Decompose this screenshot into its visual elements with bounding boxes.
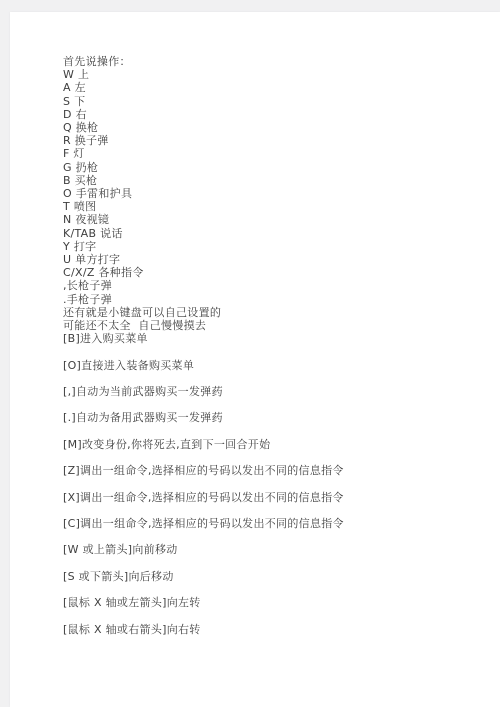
text-line <box>63 425 488 438</box>
text-line: A 左 <box>63 81 488 94</box>
text-line: [鼠标 X 轴或左箭头]向左转 <box>63 596 488 609</box>
text-line <box>63 583 488 596</box>
text-line: S 下 <box>63 95 488 108</box>
text-line: [O]直接进入装备购买菜单 <box>63 359 488 372</box>
text-line: D 右 <box>63 108 488 121</box>
text-line <box>63 398 488 411</box>
text-line <box>63 372 488 385</box>
text-line <box>63 530 488 543</box>
text-line <box>63 557 488 570</box>
text-line: [W 或上箭头]向前移动 <box>63 543 488 556</box>
text-line <box>63 477 488 490</box>
text-line: [C]调出一组命令,选择相应的号码以发出不同的信息指令 <box>63 517 488 530</box>
text-line: N 夜视镜 <box>63 213 488 226</box>
text-line: Y 打字 <box>63 240 488 253</box>
text-line: Q 换枪 <box>63 121 488 134</box>
document-body: 首先说操作：W 上A 左S 下D 右Q 换枪R 换子弹F 灯G 扔枪B 买枪O … <box>63 55 488 636</box>
text-line: C/X/Z 各种指令 <box>63 266 488 279</box>
text-line: R 换子弹 <box>63 134 488 147</box>
text-line: 还有就是小键盘可以自己设置的 <box>63 306 488 319</box>
text-line: W 上 <box>63 68 488 81</box>
text-line: [Z]调出一组命令,选择相应的号码以发出不同的信息指令 <box>63 464 488 477</box>
text-line: T 喷图 <box>63 200 488 213</box>
text-line: O 手雷和护具 <box>63 187 488 200</box>
text-line: [M]改变身份,你将死去,直到下一回合开始 <box>63 438 488 451</box>
text-line: [S 或下箭头]向后移动 <box>63 570 488 583</box>
text-line: [.]自动为备用武器购买一发弹药 <box>63 411 488 424</box>
text-line: [B]进入购买菜单 <box>63 332 488 345</box>
text-line: B 买枪 <box>63 174 488 187</box>
text-line <box>63 345 488 358</box>
text-line <box>63 609 488 622</box>
text-line: [,]自动为当前武器购买一发弹药 <box>63 385 488 398</box>
text-line: [鼠标 X 轴或右箭头]向右转 <box>63 623 488 636</box>
screenshot-canvas: 首先说操作：W 上A 左S 下D 右Q 换枪R 换子弹F 灯G 扔枪B 买枪O … <box>0 0 500 707</box>
text-line: [X]调出一组命令,选择相应的号码以发出不同的信息指令 <box>63 491 488 504</box>
text-line <box>63 451 488 464</box>
text-line: ,长枪子弹 <box>63 279 488 292</box>
text-line: G 扔枪 <box>63 161 488 174</box>
document-page: 首先说操作：W 上A 左S 下D 右Q 换枪R 换子弹F 灯G 扔枪B 买枪O … <box>10 12 500 707</box>
text-line: K/TAB 说话 <box>63 227 488 240</box>
text-line <box>63 504 488 517</box>
text-line: 首先说操作： <box>63 55 488 68</box>
text-line: 可能还不太全 自己慢慢摸去 <box>63 319 488 332</box>
text-line: F 灯 <box>63 147 488 160</box>
text-line: .手枪子弹 <box>63 293 488 306</box>
text-line: U 单方打字 <box>63 253 488 266</box>
